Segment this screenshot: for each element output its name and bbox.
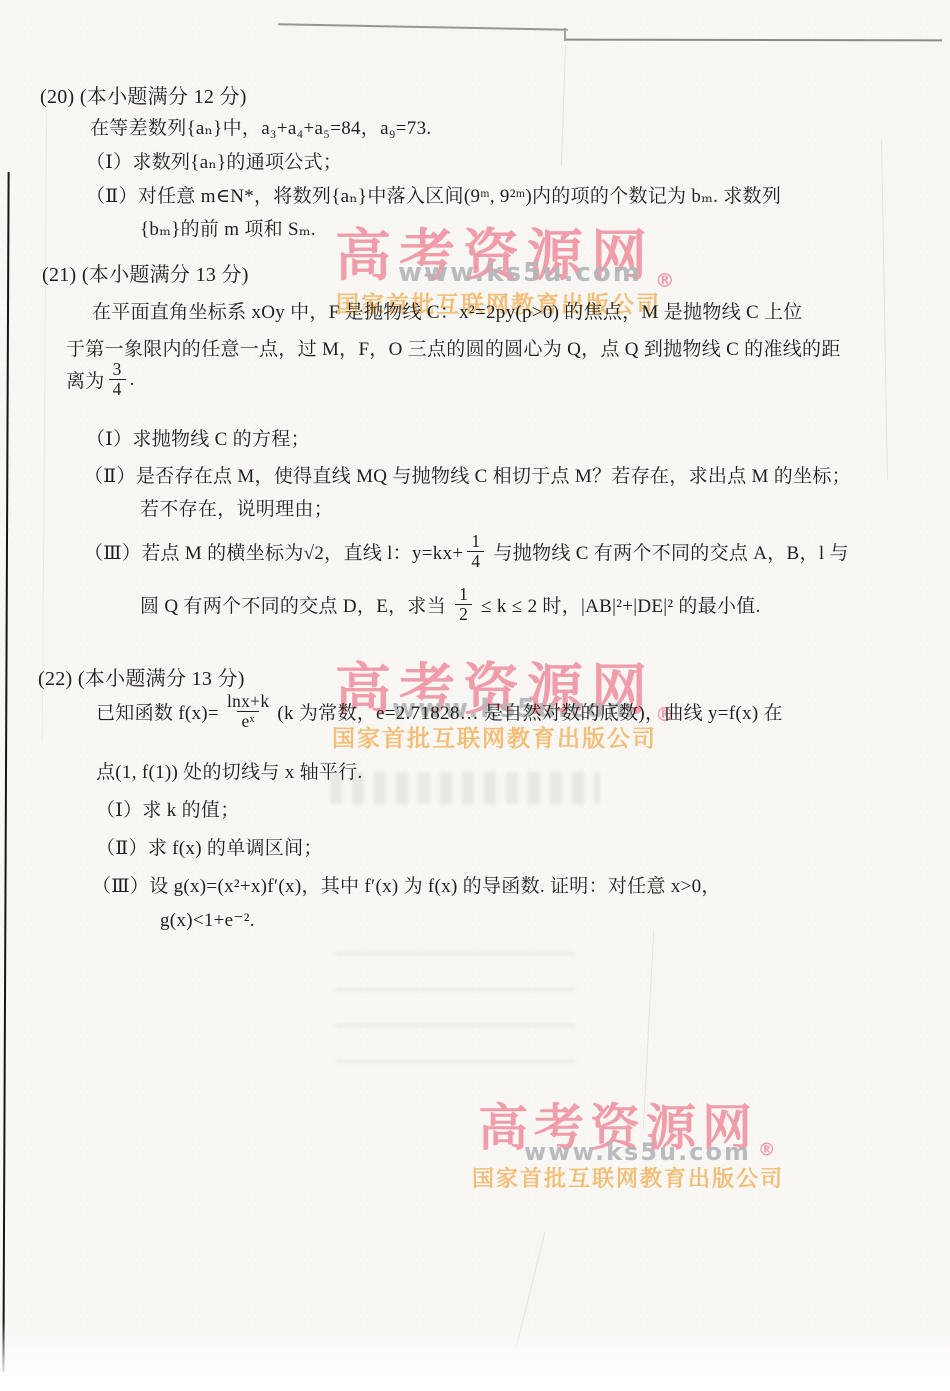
watermark-brand-logo: 高考资源网® [335,212,683,292]
p21-line-3: 离为 3 4 . [66,360,135,399]
p22-header: (22) (本小题满分 13 分) [38,662,245,691]
p21-line-7-text-end: 与抛物线 C 有两个不同的交点 A，B，l 与 [488,538,848,565]
p21-line-3-text-end: . [130,369,135,391]
p21-line-3-text: 离为 [66,366,105,393]
p22-line-1: 已知函数 f(x)= lnx+k eˣ (k 为常数，e=2.71828… 是自… [96,692,783,731]
scan-edge-top-line-2 [566,39,942,42]
registered-mark-icon: ® [655,269,683,292]
p22-line-1-text-end: (k 为常数，e=2.71828… 是自然对数的底数)，曲线 y=f(x) 在 [277,698,782,725]
p21-line-4: （Ⅰ）求抛物线 C 的方程； [86,424,310,451]
page-bottom-edge [0,1321,950,1391]
p21-line-7: （Ⅲ）若点 M 的横坐标为√2，直线 l：y=kx+ 1 4 与抛物线 C 有两… [84,532,849,571]
p21-line-8-text-end: ≤ k ≤ 2 时，|AB|²+|DE|² 的最小值. [476,591,761,618]
fraction-denominator: eˣ [237,711,258,731]
p20-line-1: 在等差数列{aₙ}中，a₃+a₄+a₅=84，a₉=73. [90,113,431,140]
p20-line-2: （Ⅰ）求数列{aₙ}的通项公式； [86,147,342,174]
watermark-brand-logo: 高考资源网® [478,1088,782,1161]
fraction-numerator: 1 [455,585,472,604]
exam-page: 高考资源网® www.ks5u.com 国家首批互联网教育出版公司 高考资源网®… [0,0,950,1391]
p22-line-5: （Ⅲ）设 g(x)=(x²+x)f′(x)，其中 f′(x) 为 f(x) 的导… [92,871,721,898]
paper-crease [561,45,566,165]
watermark-company: 国家首批互联网教育出版公司 [472,1162,784,1193]
fraction-one-half: 1 2 [455,585,472,624]
p21-header: (21) (本小题满分 13 分) [42,258,249,287]
fraction-one-fourth: 1 4 [467,532,484,571]
paper-crease [881,140,888,480]
p20-header: (20) (本小题满分 12 分) [40,80,247,109]
registered-mark-icon: ® [758,1141,782,1161]
p21-line-5: （Ⅱ）是否存在点 M，使得直线 MQ 与抛物线 C 相切于点 M？若存在，求出点… [84,461,851,488]
p22-line-4: （Ⅱ）求 f(x) 的单调区间； [96,833,323,860]
fraction-denominator: 4 [467,551,484,571]
p21-line-6: 若不存在，说明理由； [140,494,333,521]
p22-line-6: g(x)<1+e⁻². [160,909,255,932]
bleedthrough-smudge [335,952,575,1092]
fraction-numerator: 1 [467,532,484,551]
paper-crease [643,930,654,1130]
watermark-url: www.ks5u.com [524,1138,751,1166]
watermark-brand-text: 高考资源网 [335,224,655,289]
fraction-numerator: lnx+k [223,692,273,711]
fraction-numerator: 3 [109,360,126,379]
watermark-url: www.ks5u.com [398,258,642,288]
p21-line-8-text: 圆 Q 有两个不同的交点 D，E，求当 [140,591,451,618]
scan-edge-top-step [564,28,566,41]
p21-line-7-text: （Ⅲ）若点 M 的横坐标为√2，直线 l：y=kx+ [84,538,463,565]
p20-line-3: （Ⅱ）对任意 m∈N*，将数列{aₙ}中落入区间(9ᵐ, 9²ᵐ)内的项的个数记… [86,181,781,208]
p22-line-3: （Ⅰ）求 k 的值； [96,795,240,822]
scan-edge-top-line [278,23,568,31]
p21-line-8: 圆 Q 有两个不同的交点 D，E，求当 1 2 ≤ k ≤ 2 时，|AB|²+… [140,585,761,624]
p22-line-2: 点(1, f(1)) 处的切线与 x 轴平行. [96,757,363,784]
fraction-denominator: 4 [109,379,126,399]
fraction-three-fourths: 3 4 [109,360,126,399]
p22-line-1-text: 已知函数 f(x)= [96,698,219,725]
watermark-brand-text: 高考资源网 [478,1099,758,1157]
bleedthrough-smudge [330,772,600,804]
scan-edge-left-line [2,172,9,1372]
p21-line-2: 于第一象限内的任意一点，过 M，F，O 三点的圆的圆心为 Q，点 Q 到抛物线 … [66,334,841,361]
paper-crease [42,100,47,740]
p20-line-4: {bₘ}的前 m 项和 Sₘ. [140,214,316,241]
fraction-lnx-plus-k-over-ex: lnx+k eˣ [223,692,273,731]
p21-line-1: 在平面直角坐标系 xOy 中，F 是抛物线 C：x²=2py(p>0) 的焦点，… [92,297,803,324]
fraction-denominator: 2 [455,604,472,624]
